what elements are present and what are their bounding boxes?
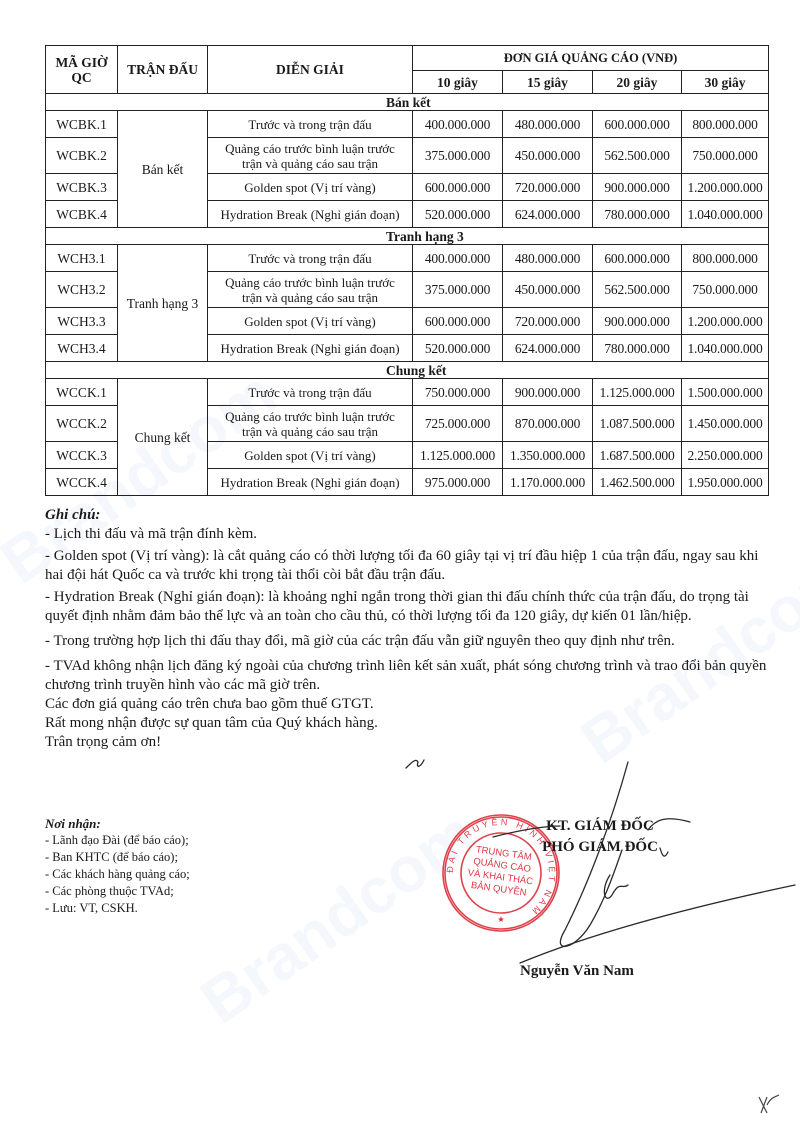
signature-title: KT. GIÁM ĐỐC <box>500 816 700 837</box>
cell-price: 725.000.000 <box>413 406 503 442</box>
cell-code: WCH3.1 <box>46 245 118 272</box>
cell-description: Golden spot (Vị trí vàng) <box>208 308 413 335</box>
header-duration: 10 giây <box>413 71 503 94</box>
header-price-group: ĐƠN GIÁ QUẢNG CÁO (VNĐ) <box>413 46 769 71</box>
cell-price: 720.000.000 <box>503 174 593 201</box>
cell-code: WCBK.1 <box>46 111 118 138</box>
note-item: - Hydration Break (Nghỉ gián đoạn): là k… <box>45 588 775 626</box>
cell-price: 600.000.000 <box>413 308 503 335</box>
cell-code: WCBK.3 <box>46 174 118 201</box>
cell-price: 1.450.000.000 <box>682 406 769 442</box>
recipient-item: - Các khách hàng quảng cáo; <box>45 866 345 883</box>
header-match: TRẬN ĐẤU <box>118 46 208 94</box>
vat-note: Các đơn giá quảng cáo trên chưa bao gồm … <box>45 695 775 714</box>
note-item: - Lịch thi đấu và mã trận đính kèm. <box>45 525 775 544</box>
cell-price: 1.687.500.000 <box>593 442 682 469</box>
cell-price: 400.000.000 <box>413 245 503 272</box>
cell-description: Golden spot (Vị trí vàng) <box>208 442 413 469</box>
price-table: MÃ GIỜQC TRẬN ĐẤU DIỄN GIẢI ĐƠN GIÁ QUẢN… <box>45 45 769 496</box>
cell-price: 1.040.000.000 <box>682 201 769 228</box>
cell-code: WCCK.2 <box>46 406 118 442</box>
cell-match: Tranh hạng 3 <box>118 245 208 362</box>
cell-price: 624.000.000 <box>503 201 593 228</box>
cell-description: Quảng cáo trước bình luận trước trận và … <box>208 272 413 308</box>
section-row: Chung kết <box>46 362 769 379</box>
signer-name: Nguyễn Văn Nam <box>520 963 634 980</box>
cell-description: Hydration Break (Nghỉ gián đoạn) <box>208 469 413 496</box>
cell-description: Trước và trong trận đấu <box>208 245 413 272</box>
cell-price: 600.000.000 <box>593 111 682 138</box>
cell-price: 800.000.000 <box>682 245 769 272</box>
section-title: Chung kết <box>46 362 769 379</box>
recipient-item: - Lãnh đạo Đài (để báo cáo); <box>45 832 345 849</box>
note-item: - TVAd không nhận lịch đăng ký ngoài của… <box>45 657 775 695</box>
cell-price: 800.000.000 <box>682 111 769 138</box>
cell-match: Chung kết <box>118 379 208 496</box>
cell-code: WCBK.4 <box>46 201 118 228</box>
cell-price: 450.000.000 <box>503 138 593 174</box>
section-row: Bán kết <box>46 94 769 111</box>
cell-price: 1.125.000.000 <box>593 379 682 406</box>
cell-code: WCBK.2 <box>46 138 118 174</box>
cell-price: 1.500.000.000 <box>682 379 769 406</box>
note-item: - Golden spot (Vị trí vàng): là cắt quản… <box>45 547 775 585</box>
cell-description: Hydration Break (Nghỉ gián đoạn) <box>208 335 413 362</box>
cell-code: WCCK.1 <box>46 379 118 406</box>
header-duration: 20 giây <box>593 71 682 94</box>
cell-code: WCH3.2 <box>46 272 118 308</box>
closing-thanks: Trân trọng cảm ơn! <box>45 733 775 752</box>
cell-price: 520.000.000 <box>413 201 503 228</box>
cell-price: 450.000.000 <box>503 272 593 308</box>
cell-price: 600.000.000 <box>593 245 682 272</box>
cell-price: 1.200.000.000 <box>682 174 769 201</box>
cell-description: Trước và trong trận đấu <box>208 111 413 138</box>
cell-price: 375.000.000 <box>413 138 503 174</box>
cell-price: 480.000.000 <box>503 245 593 272</box>
header-duration: 15 giây <box>503 71 593 94</box>
cell-price: 520.000.000 <box>413 335 503 362</box>
signature-block: KT. GIÁM ĐỐC PHÓ GIÁM ĐỐC <box>500 816 700 858</box>
recipients-heading: Nơi nhận: <box>45 815 345 832</box>
cell-price: 1.125.000.000 <box>413 442 503 469</box>
closing-line: Rất mong nhận được sự quan tâm của Quý k… <box>45 714 775 733</box>
svg-text:★: ★ <box>497 915 504 924</box>
header-code: MÃ GIỜQC <box>46 46 118 94</box>
note-item: - Trong trường hợp lịch thi đấu thay đổi… <box>45 632 775 651</box>
cell-price: 975.000.000 <box>413 469 503 496</box>
cell-price: 780.000.000 <box>593 201 682 228</box>
cell-price: 600.000.000 <box>413 174 503 201</box>
header-duration: 30 giây <box>682 71 769 94</box>
cell-price: 1.350.000.000 <box>503 442 593 469</box>
cell-price: 1.462.500.000 <box>593 469 682 496</box>
recipient-item: - Lưu: VT, CSKH. <box>45 900 345 917</box>
cell-code: WCH3.4 <box>46 335 118 362</box>
notes-heading: Ghi chú: <box>45 506 775 525</box>
cell-price: 562.500.000 <box>593 272 682 308</box>
section-title: Bán kết <box>46 94 769 111</box>
section-row: Tranh hạng 3 <box>46 228 769 245</box>
cell-price: 2.250.000.000 <box>682 442 769 469</box>
cell-description: Quảng cáo trước bình luận trước trận và … <box>208 138 413 174</box>
cell-description: Quảng cáo trước bình luận trước trận và … <box>208 406 413 442</box>
recipients: Nơi nhận: - Lãnh đạo Đài (để báo cáo); -… <box>45 815 345 917</box>
header-description: DIỄN GIẢI <box>208 46 413 94</box>
cell-price: 375.000.000 <box>413 272 503 308</box>
cell-price: 1.950.000.000 <box>682 469 769 496</box>
section-title: Tranh hạng 3 <box>46 228 769 245</box>
cell-price: 400.000.000 <box>413 111 503 138</box>
cell-price: 750.000.000 <box>413 379 503 406</box>
recipient-item: - Các phòng thuộc TVAd; <box>45 883 345 900</box>
cell-price: 624.000.000 <box>503 335 593 362</box>
cell-price: 900.000.000 <box>593 308 682 335</box>
table-row: WCCK.1Chung kếtTrước và trong trận đấu75… <box>46 379 769 406</box>
recipient-item: - Ban KHTC (để báo cáo); <box>45 849 345 866</box>
cell-price: 900.000.000 <box>593 174 682 201</box>
cell-price: 720.000.000 <box>503 308 593 335</box>
cell-match: Bán kết <box>118 111 208 228</box>
cell-code: WCCK.3 <box>46 442 118 469</box>
table-row: WCH3.1Tranh hạng 3Trước và trong trận đấ… <box>46 245 769 272</box>
cell-price: 870.000.000 <box>503 406 593 442</box>
cell-price: 1.170.000.000 <box>503 469 593 496</box>
cell-price: 1.087.500.000 <box>593 406 682 442</box>
cell-price: 900.000.000 <box>503 379 593 406</box>
cell-price: 1.200.000.000 <box>682 308 769 335</box>
cell-price: 480.000.000 <box>503 111 593 138</box>
cell-code: WCH3.3 <box>46 308 118 335</box>
cell-price: 780.000.000 <box>593 335 682 362</box>
cell-description: Golden spot (Vị trí vàng) <box>208 174 413 201</box>
notes: Ghi chú: - Lịch thi đấu và mã trận đính … <box>45 506 775 752</box>
cell-price: 562.500.000 <box>593 138 682 174</box>
cell-code: WCCK.4 <box>46 469 118 496</box>
initial-mark <box>755 1093 785 1117</box>
cell-price: 1.040.000.000 <box>682 335 769 362</box>
signature-subtitle: PHÓ GIÁM ĐỐC <box>500 837 700 858</box>
cell-price: 750.000.000 <box>682 138 769 174</box>
cell-description: Trước và trong trận đấu <box>208 379 413 406</box>
cell-price: 750.000.000 <box>682 272 769 308</box>
table-row: WCBK.1Bán kếtTrước và trong trận đấu400.… <box>46 111 769 138</box>
cell-description: Hydration Break (Nghỉ gián đoạn) <box>208 201 413 228</box>
